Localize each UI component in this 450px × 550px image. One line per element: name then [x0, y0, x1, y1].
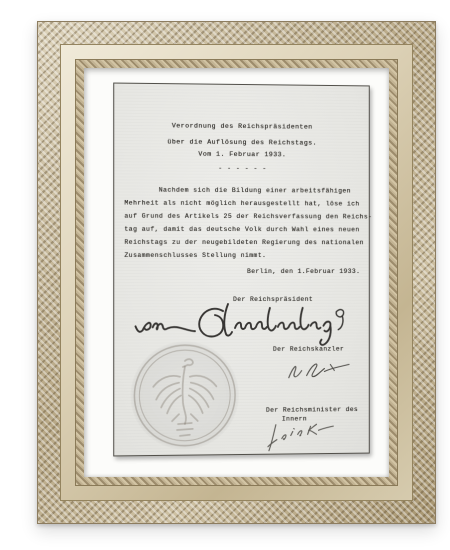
- eagle-icon: [130, 341, 239, 450]
- minister-title-line1: Der Reichsminister des: [266, 405, 358, 415]
- picture-frame: Verordnung des Reichspräsidenten über di…: [37, 21, 436, 524]
- document-title-line: Vom 1. Februar 1933.: [114, 150, 369, 159]
- body-line: Nachdem sich die Bildung einer arbeitsfä…: [124, 183, 364, 197]
- document-paper: Verordnung des Reichspräsidenten über di…: [113, 83, 370, 457]
- body-line: tag auf, damit das deutsche Volk durch W…: [124, 223, 364, 237]
- separator-dashes: - - - - - -: [114, 164, 369, 173]
- embossed-eagle-seal: [130, 341, 239, 450]
- document-title-line: über die Auflösung des Reichstags.: [114, 138, 369, 147]
- hitler-signature: [285, 355, 354, 383]
- document-body: Nachdem sich die Bildung einer arbeitsfä…: [124, 183, 364, 262]
- body-line: Zusammenschlusses Stellung nimmt.: [124, 249, 364, 262]
- chancellor-title: Der Reichskanzler: [273, 346, 344, 353]
- dateline: Berlin, den 1.Februar 1933.: [247, 268, 360, 275]
- frick-signature: [265, 418, 336, 453]
- mat-board: Verordnung des Reichspräsidenten über di…: [84, 68, 389, 477]
- body-line: Mehrheit als nicht möglich herausgestell…: [124, 196, 364, 210]
- body-line: auf Grund des Artikels 25 der Reichsverf…: [124, 210, 364, 224]
- document-title-line: Verordnung des Reichspräsidenten: [114, 122, 369, 131]
- body-line: Reichstags zu der neugebildeten Regierun…: [124, 236, 364, 249]
